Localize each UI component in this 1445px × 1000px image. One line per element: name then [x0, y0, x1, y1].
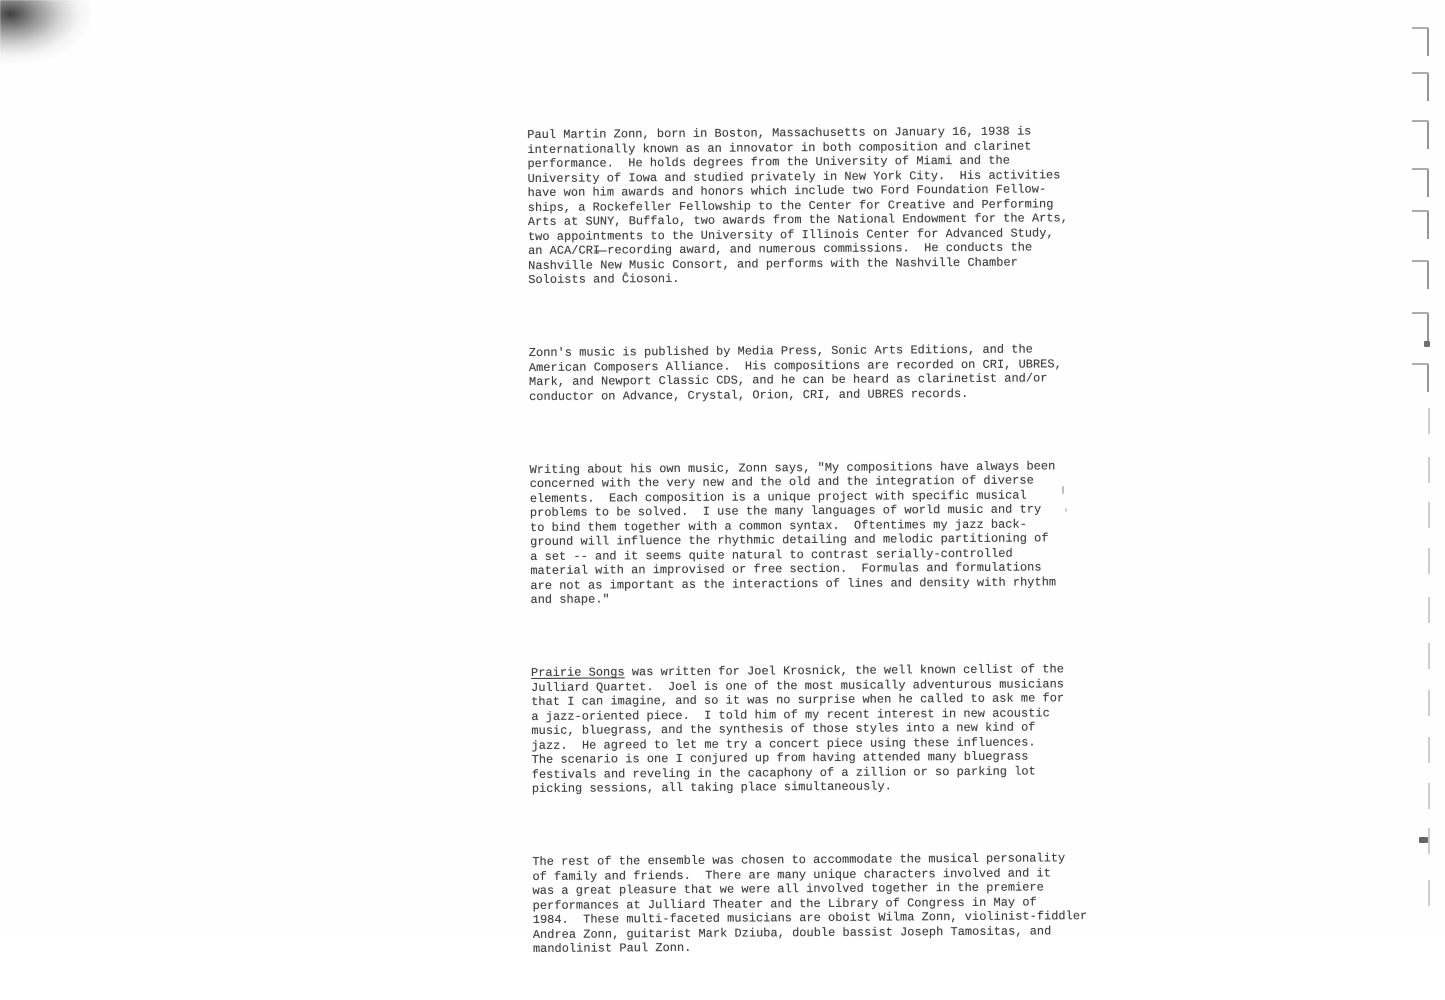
scan-binding-mark — [1412, 168, 1429, 197]
paragraph-quote: Writing about his own music, Zonn says, … — [530, 459, 1085, 608]
scan-binding-mark — [1428, 548, 1430, 574]
paragraph-prairie-songs-text: was written for Joel Krosnick, the well … — [531, 662, 1064, 796]
scanned-document-page: Paul Martin Zonn, born in Boston, Massac… — [0, 0, 1445, 935]
scan-binding-mark — [1412, 120, 1429, 149]
paragraph-ensemble: The rest of the ensemble was chosen to a… — [532, 851, 1087, 935]
paragraph-bio: Paul Martin Zonn, born in Boston, Massac… — [527, 124, 1083, 287]
scan-speck — [1424, 341, 1430, 347]
scan-speck — [1419, 837, 1428, 843]
scan-binding-mark — [1428, 408, 1430, 434]
scan-binding-mark — [1428, 828, 1430, 854]
paragraph-publications: Zonn's music is published by Media Press… — [529, 342, 1084, 404]
scan-binding-mark — [1428, 690, 1430, 716]
scan-binding-mark — [1412, 72, 1429, 101]
scan-binding-mark — [1412, 210, 1429, 239]
work-title: Prairie Songs — [531, 665, 625, 680]
scan-binding-mark — [1428, 457, 1430, 483]
scan-binding-mark — [1412, 260, 1429, 289]
scan-binding-mark — [1412, 363, 1429, 392]
scan-binding-mark — [1428, 597, 1430, 623]
scan-binding-mark — [1428, 643, 1430, 669]
paragraph-prairie-songs: Prairie Songs was written for Joel Krosn… — [531, 662, 1086, 796]
scan-binding-mark — [1428, 502, 1430, 528]
document-text: Paul Martin Zonn, born in Boston, Massac… — [527, 95, 1088, 935]
scan-binding-mark — [1428, 880, 1430, 906]
scan-binding-mark — [1412, 312, 1429, 341]
scan-binding-mark — [1428, 783, 1430, 809]
scan-binding-mark — [1428, 737, 1430, 763]
scan-binding-mark — [1412, 27, 1429, 56]
scan-corner-smudge — [0, 0, 110, 75]
